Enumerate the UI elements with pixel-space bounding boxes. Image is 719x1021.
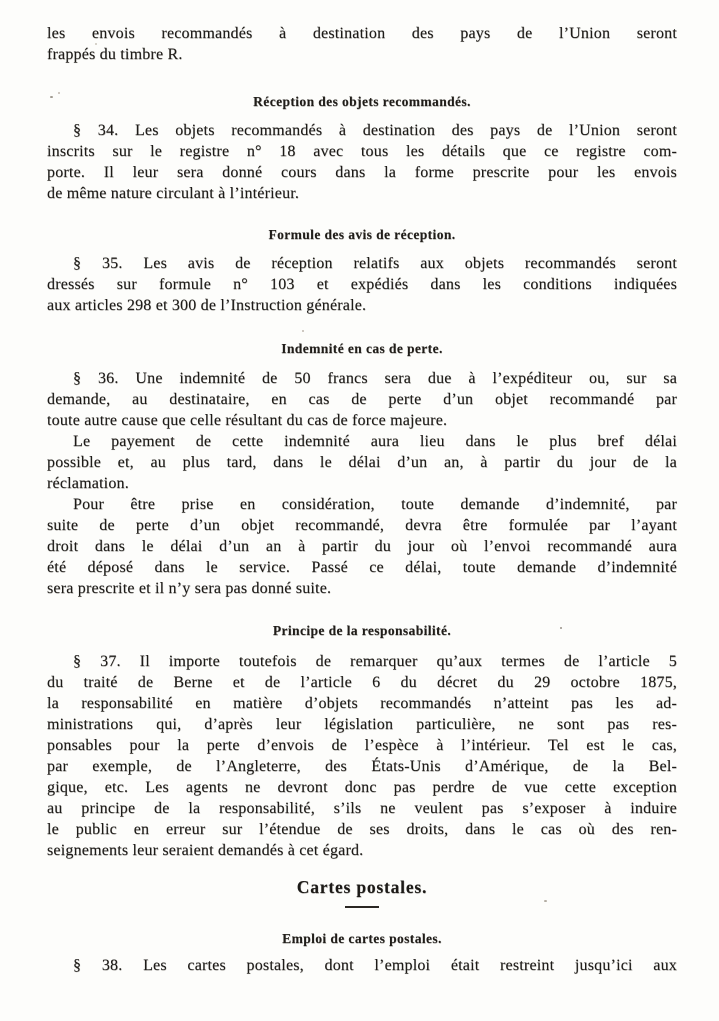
text-line: du traité de Berne et de l’article 6 du … [47, 672, 677, 693]
paragraph-intro: les envois recommandés à destination des… [47, 23, 677, 65]
text-line: les envois recommandés à destination des… [47, 23, 677, 44]
text-line: Le payement de cette indemnité aura lieu… [47, 431, 677, 452]
text-line: § 35. Les avis de réception relatifs aux… [47, 253, 677, 274]
text-line: la responsabilité en matière d’objets re… [47, 693, 677, 714]
text-line: aux articles 298 et 300 de l’Instruction… [47, 295, 677, 316]
paragraph-37: § 37. Il importe toutefois de remarquer … [47, 651, 677, 861]
text-line: sera prescrite et il n’y sera pas donné … [47, 578, 677, 599]
paragraph-36c: Pour être prise en considération, toute … [47, 494, 677, 599]
text-line: ponsables pour la perte d’envois de l’es… [47, 735, 677, 756]
text-line: § 38. Les cartes postales, dont l’emploi… [47, 955, 677, 976]
text-line: seignements leur seraient demandés à cet… [47, 840, 677, 861]
text-line: toute autre cause que celle résultant du… [47, 410, 677, 431]
paragraph-36a: § 36. Une indemnité de 50 francs sera du… [47, 368, 677, 431]
section-heading-indemnite: Indemnité en cas de perte. [47, 341, 677, 356]
text-line: frappés du timbre R. [47, 44, 677, 65]
text-line: possible et, au plus tard, dans le délai… [47, 452, 677, 473]
page-text-column: les envois recommandés à destination des… [47, 23, 677, 976]
text-line: § 34. Les objets recommandés à destinati… [47, 120, 677, 141]
chapter-heading-cartes-postales: Cartes postales. [47, 877, 677, 897]
section-heading-formule: Formule des avis de réception. [47, 227, 677, 242]
text-line: de même nature circulant à l’intérieur. [47, 183, 677, 204]
paragraph-35: § 35. Les avis de réception relatifs aux… [47, 253, 677, 316]
text-line: été déposé dans le service. Passé ce dél… [47, 557, 677, 578]
heading-rule [345, 906, 379, 908]
text-line: suite de perte d’un objet recommandé, de… [47, 515, 677, 536]
text-line: droit dans le délai d’un an à partir du … [47, 536, 677, 557]
text-line: réclamation. [47, 473, 677, 494]
text-line: dressés sur formule n° 103 et expédiés d… [47, 274, 677, 295]
section-heading-reception: Réception des objets recommandés. [47, 94, 677, 109]
scanned-document-page: les envois recommandés à destination des… [0, 0, 719, 1021]
text-line: § 36. Une indemnité de 50 francs sera du… [47, 368, 677, 389]
text-line: inscrits sur le registre n° 18 avec tous… [47, 141, 677, 162]
text-line: ministrations qui, d’après leur législat… [47, 714, 677, 735]
section-heading-principe: Principe de la responsabilité. [47, 623, 677, 638]
section-heading-emploi: Emploi de cartes postales. [47, 931, 677, 946]
text-line: par exemple, de l’Angleterre, des États-… [47, 756, 677, 777]
text-line: Pour être prise en considération, toute … [47, 494, 677, 515]
text-line: le public en erreur sur l’étendue de ses… [47, 819, 677, 840]
text-line: § 37. Il importe toutefois de remarquer … [47, 651, 677, 672]
paragraph-34: § 34. Les objets recommandés à destinati… [47, 120, 677, 204]
paragraph-38: § 38. Les cartes postales, dont l’emploi… [47, 955, 677, 976]
text-line: gique, etc. Les agents ne devront donc p… [47, 777, 677, 798]
text-line: au principe de la responsabilité, s’ils … [47, 798, 677, 819]
paragraph-36b: Le payement de cette indemnité aura lieu… [47, 431, 677, 494]
text-line: porte. Il leur sera donné cours dans la … [47, 162, 677, 183]
text-line: demande, au destinataire, en cas de pert… [47, 389, 677, 410]
